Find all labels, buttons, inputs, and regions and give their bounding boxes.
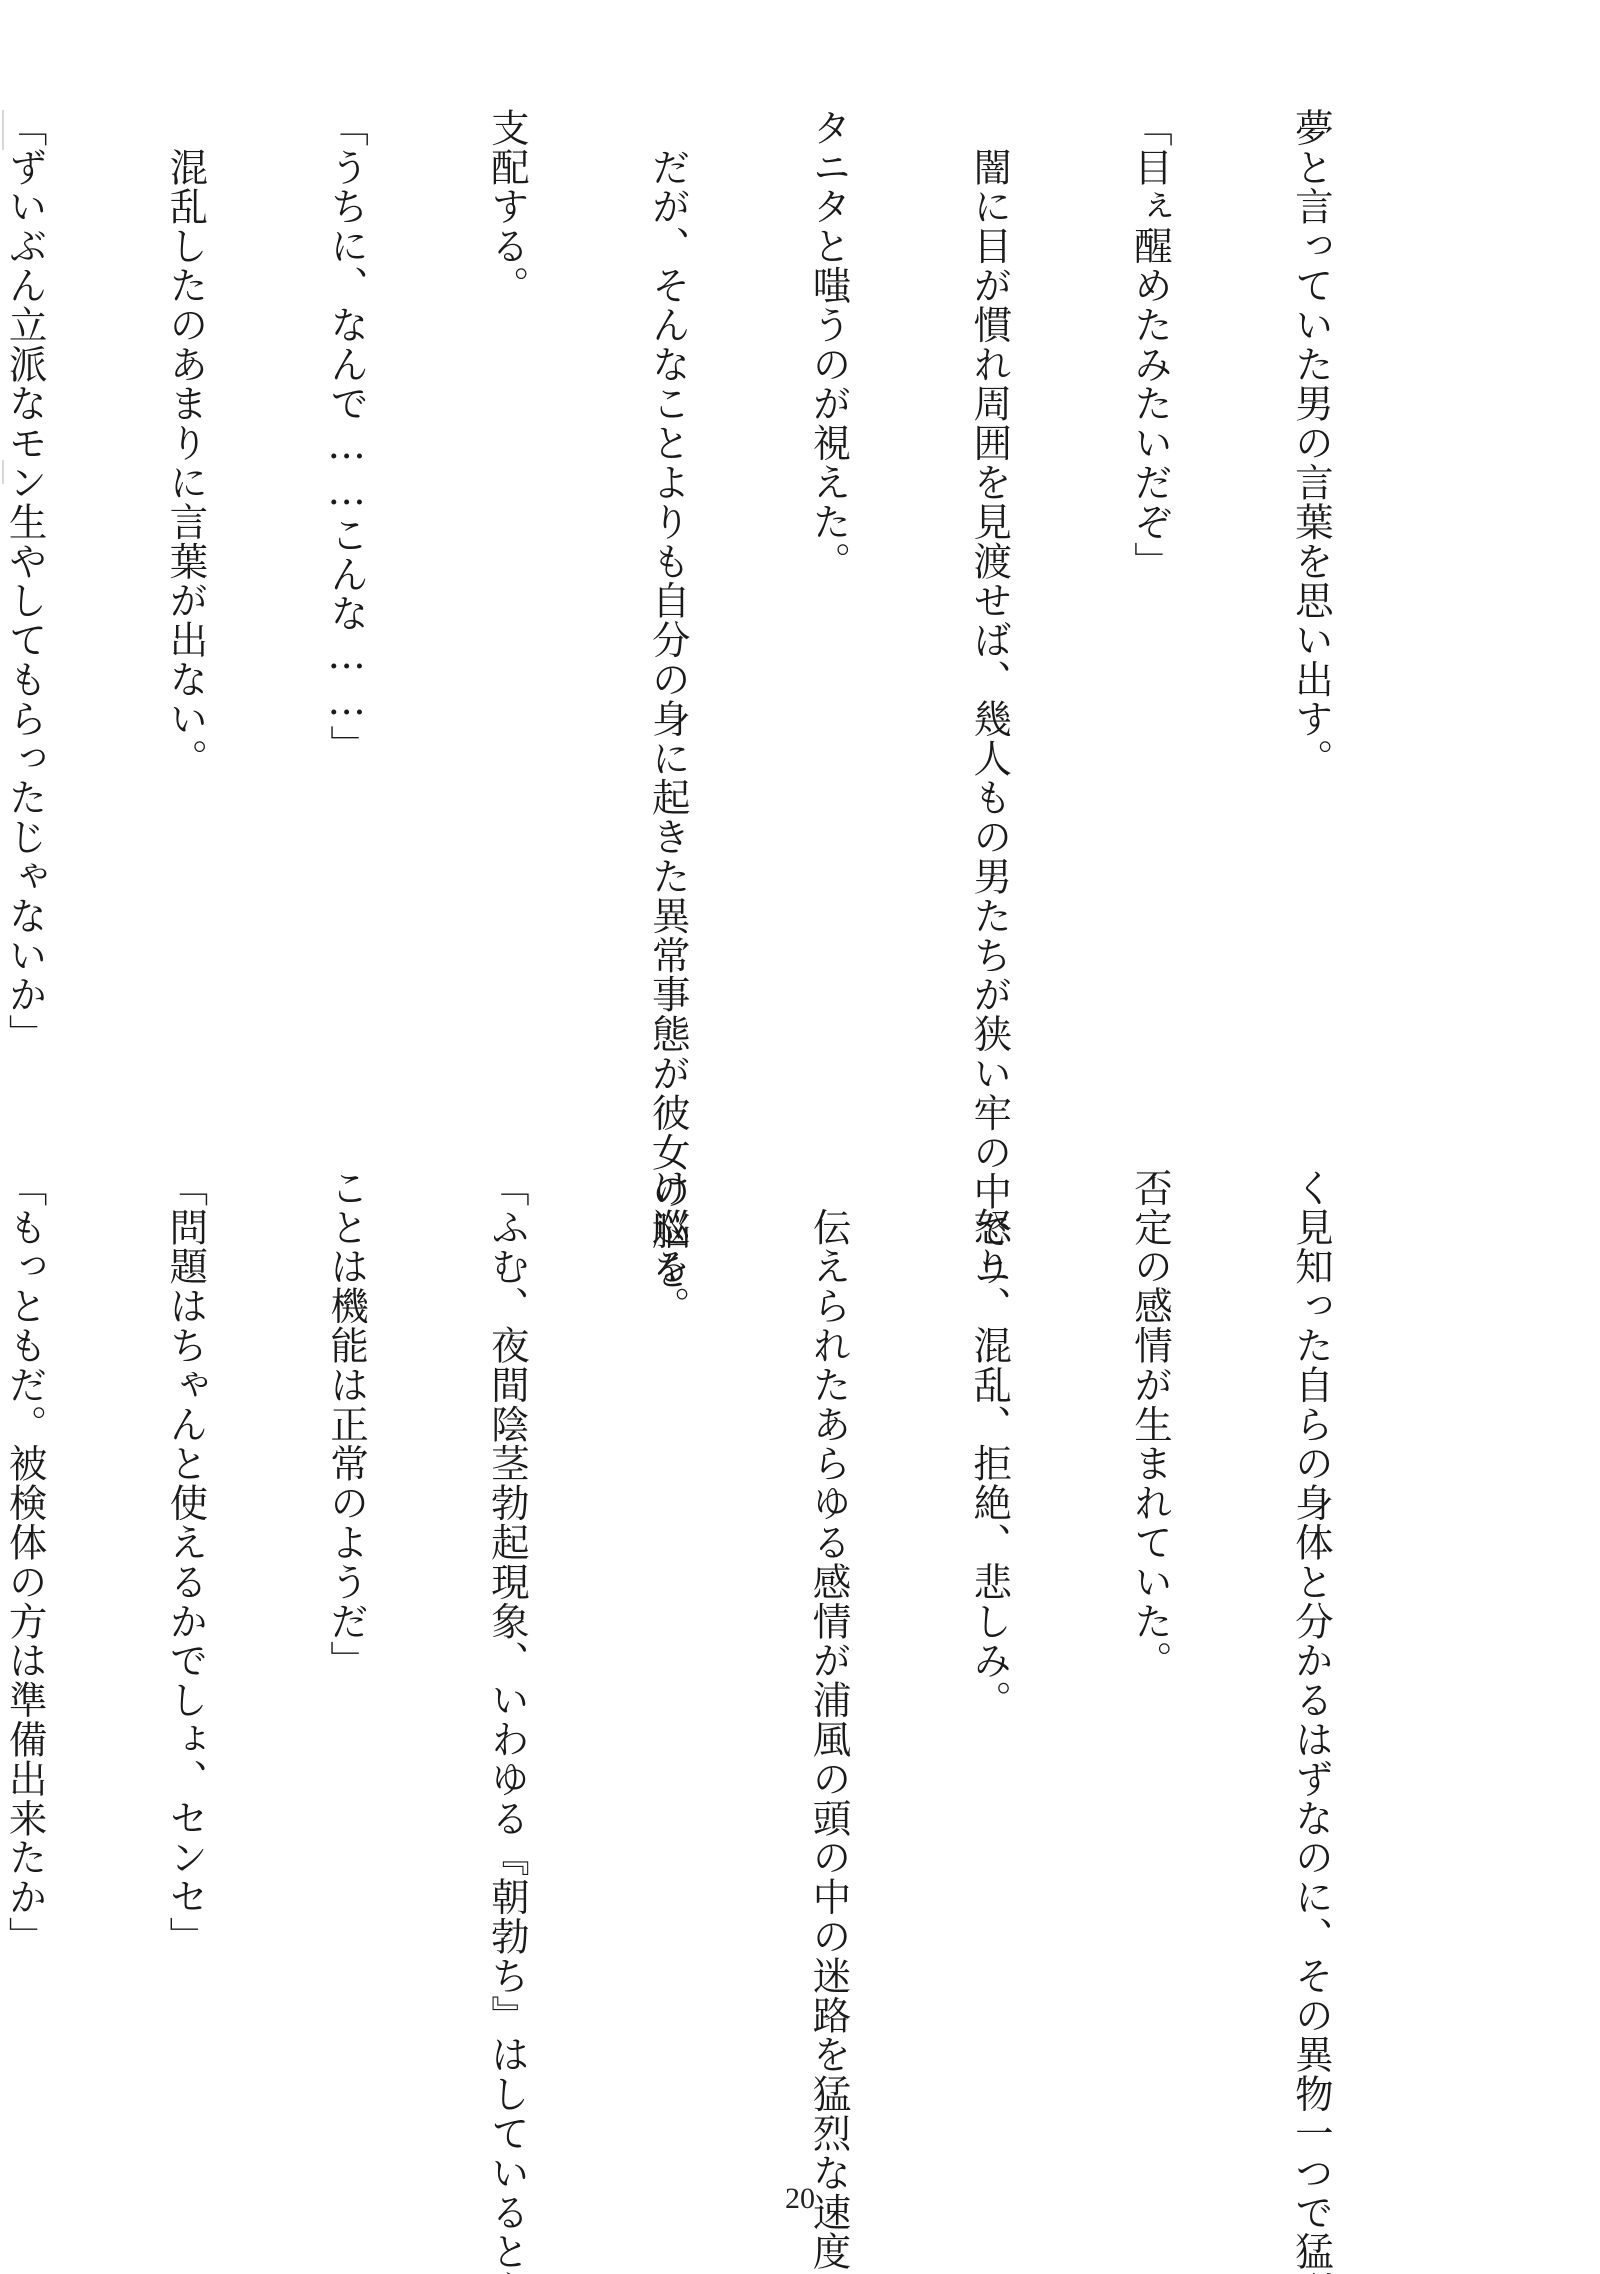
text-column: 「問題はちゃんと使えるかでしょ、センセ」: [159, 1168, 213, 2153]
text-column: け巡る。: [641, 1168, 695, 2153]
text-column: 伝えられたあらゆる感情が浦風の頭の中の迷路を猛烈な速度で駆: [802, 1168, 856, 2153]
text-block-bottom: く見知った自らの身体と分かるはずなのに、その異物一つで猛烈な 否定の感情が生まれ…: [0, 1168, 1445, 2153]
text-column: 闇に目が慣れ周囲を見渡せば、幾人もの男たちが狭い牢の中でニ: [963, 108, 1017, 1093]
text-column: 「うちに、なんで……こんな……」: [320, 108, 374, 1093]
text-column: く見知った自らの身体と分かるはずなのに、その異物一つで猛烈な: [1284, 1168, 1338, 2153]
text-block-top: 夢と言っていた男の言葉を思い出す。 「目ぇ醒めたみたいだぞ」 闇に目が慣れ周囲を…: [0, 108, 1445, 1093]
document-page: 夢と言っていた男の言葉を思い出す。 「目ぇ醒めたみたいだぞ」 闇に目が慣れ周囲を…: [0, 0, 1600, 2274]
text-column: 怒り、混乱、拒絶、悲しみ。: [963, 1168, 1017, 2153]
text-column: 混乱したのあまりに言葉が出ない。: [159, 108, 213, 1093]
text-column: 「もっともだ。被検体の方は準備出来たか」: [0, 1168, 52, 2153]
text-column: ことは機能は正常のようだ」: [320, 1168, 374, 2153]
text-column: 夢と言っていた男の言葉を思い出す。: [1284, 108, 1338, 1093]
text-column: 「目ぇ醒めたみたいだぞ」: [1123, 108, 1177, 1093]
page-number: 20: [0, 2182, 1600, 2216]
text-column: 「ずいぶん立派なモン生やしてもらったじゃないか」: [0, 108, 52, 1093]
text-column: だが、そんなことよりも自分の身に起きた異常事態が彼女の脳を: [641, 108, 695, 1093]
text-column: 支配する。: [480, 108, 534, 1093]
text-column: タニタと嗤うのが視えた。: [802, 108, 856, 1093]
text-column: 否定の感情が生まれていた。: [1123, 1168, 1177, 2153]
text-column: 「ふむ、夜間陰茎勃起現象、いわゆる『朝勃ち』はしていると言う: [480, 1168, 534, 2153]
